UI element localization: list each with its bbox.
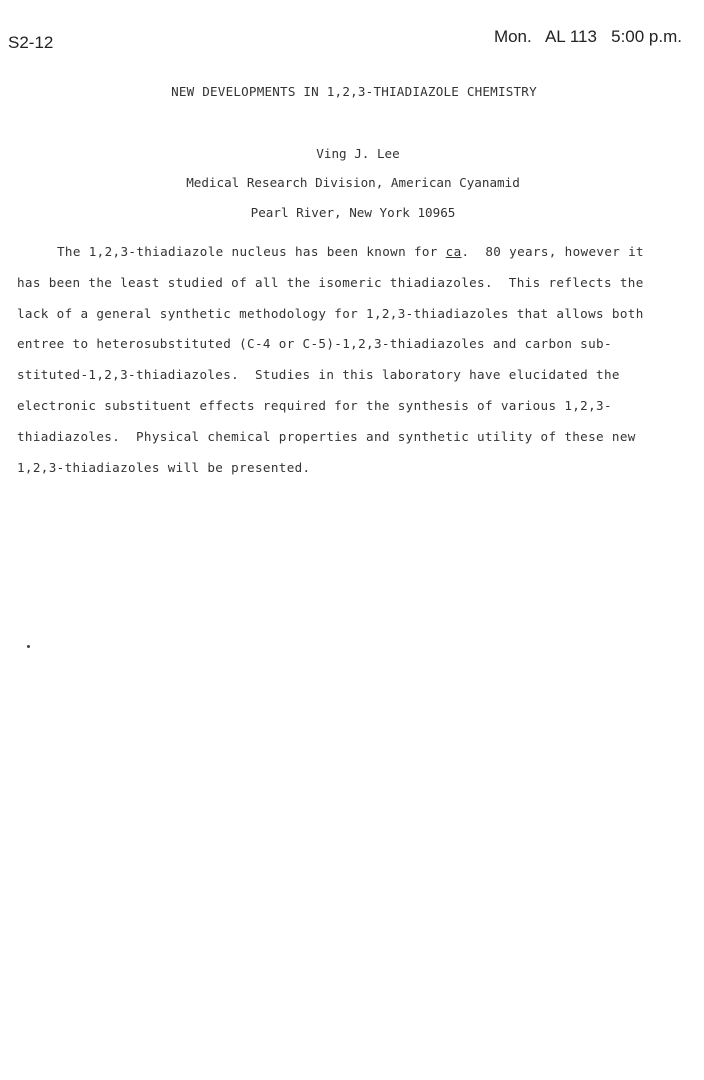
abstract-line: electronic substituent effects required …	[17, 396, 687, 427]
abstract-text: . 80 years, however it	[462, 244, 644, 259]
author-name: Ving J. Lee	[0, 146, 704, 161]
abstract-line: lack of a general synthetic methodology …	[17, 304, 687, 335]
paper-title: NEW DEVELOPMENTS IN 1,2,3-THIADIAZOLE CH…	[0, 84, 704, 99]
abstract-line: stituted-1,2,3-thiadiazoles. Studies in …	[17, 365, 687, 396]
abstract-line: entree to heterosubstituted (C-4 or C-5)…	[17, 334, 687, 365]
session-code: S2-12	[8, 33, 53, 53]
abstract-line: The 1,2,3-thiadiazole nucleus has been k…	[17, 242, 687, 273]
author-affiliation: Medical Research Division, American Cyan…	[0, 175, 704, 190]
abstract-body: The 1,2,3-thiadiazole nucleus has been k…	[17, 242, 687, 488]
abstract-emphasis: ca	[446, 244, 462, 259]
scan-speck	[27, 645, 30, 648]
abstract-line: has been the least studied of all the is…	[17, 273, 687, 304]
abstract-line: 1,2,3-thiadiazoles will be presented.	[17, 458, 687, 489]
session-schedule: Mon. AL 113 5:00 p.m.	[494, 27, 682, 47]
author-address: Pearl River, New York 10965	[0, 205, 704, 220]
abstract-text: The 1,2,3-thiadiazole nucleus has been k…	[57, 244, 446, 259]
abstract-line: thiadiazoles. Physical chemical properti…	[17, 427, 687, 458]
